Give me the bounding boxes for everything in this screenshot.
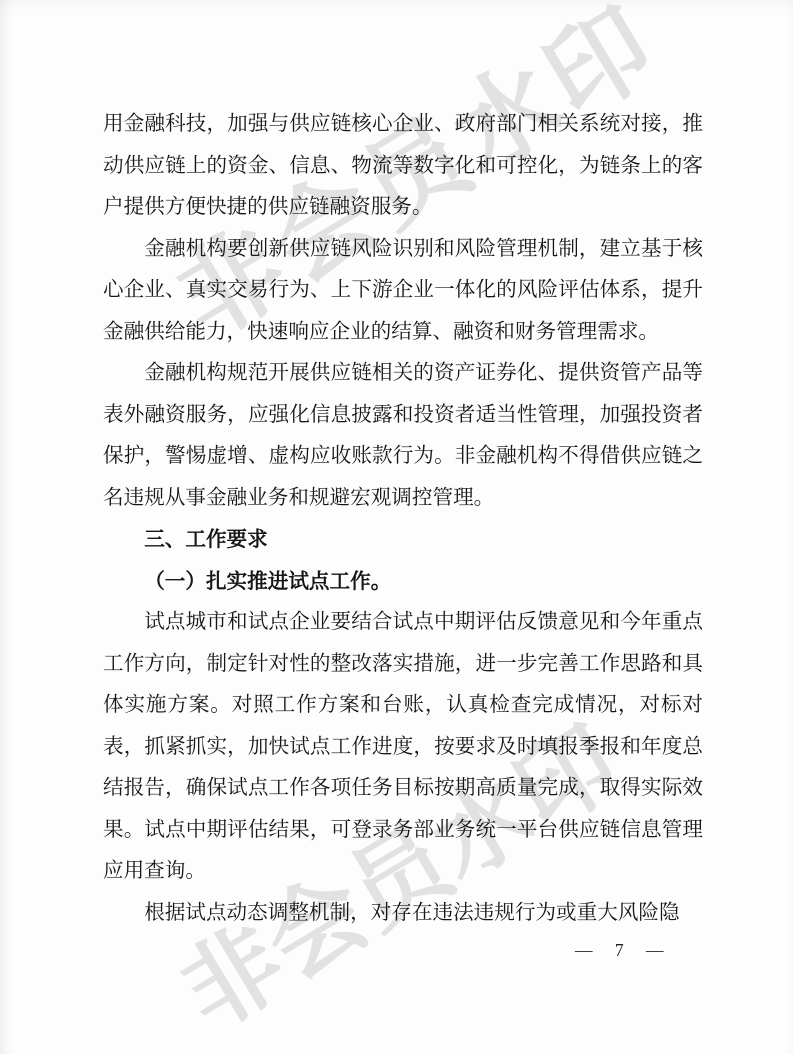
paragraph-fintech-financing: 用金融科技，加强与供应链核心企业、政府部门相关系统对接，推动供应链上的资金、信息… <box>103 104 703 229</box>
page-number: — 7 — <box>575 938 664 962</box>
paragraph-dynamic-adjustment: 根据试点动态调整机制，对存在违法违规行为或重大风险隐 <box>103 893 703 935</box>
paragraph-abs-regulation: 金融机构规范开展供应链相关的资产证券化、提供资管产品等表外融资服务，应强化信息披… <box>103 353 703 519</box>
paragraph-risk-management: 金融机构要创新供应链风险识别和风险管理机制，建立基于核心企业、真实交易行为、上下… <box>103 229 703 354</box>
heading-sub-pilot-work: （一）扎实推进试点工作。 <box>103 561 703 603</box>
heading-section-work-requirements: 三、工作要求 <box>103 519 703 561</box>
document-page: 非会员水印 非会员水印 用金融科技，加强与供应链核心企业、政府部门相关系统对接，… <box>0 0 793 1054</box>
paragraph-pilot-implementation: 试点城市和试点企业要结合试点中期评估反馈意见和今年重点工作方向，制定针对性的整改… <box>103 602 703 893</box>
document-body: 用金融科技，加强与供应链核心企业、政府部门相关系统对接，推动供应链上的资金、信息… <box>103 104 703 934</box>
